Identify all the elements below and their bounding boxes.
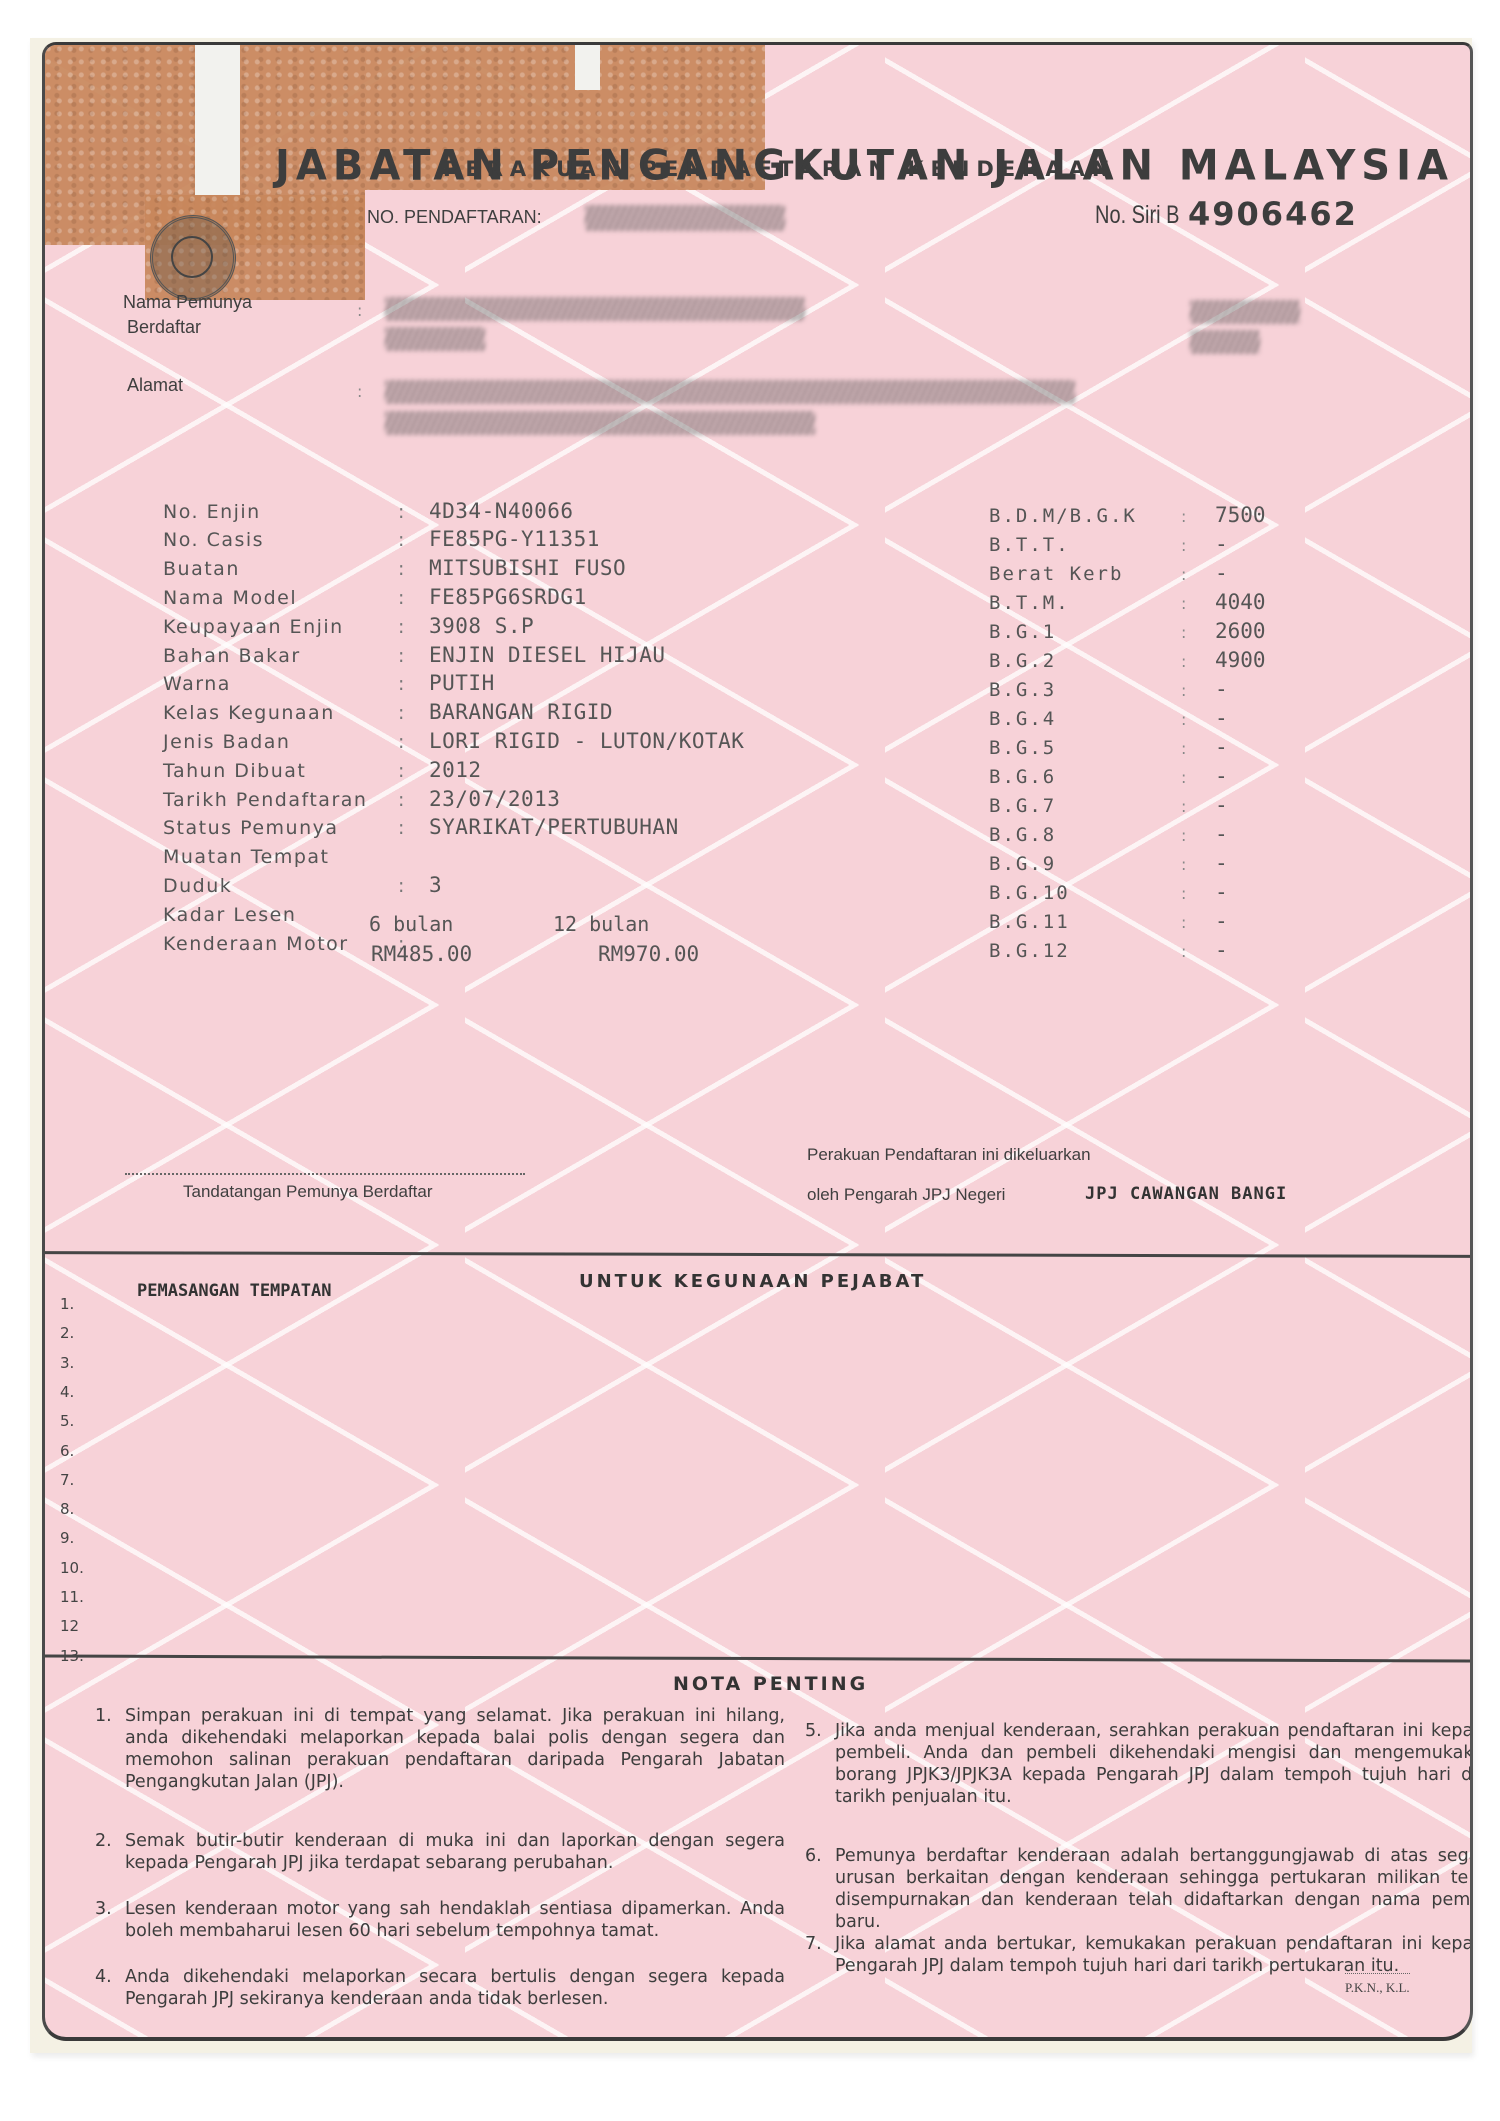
owner-name-redacted	[385, 297, 805, 321]
colon: :	[1181, 739, 1186, 758]
owner-name-label: Nama Pemunya	[123, 292, 252, 313]
registration-certificate: JABATAN PENGANGKUTAN JALAN MALAYSIA PERA…	[42, 42, 1473, 2041]
weight-field-value: -	[1215, 677, 1228, 701]
vehicle-field-value: PUTIH	[429, 671, 495, 695]
signature-line	[125, 1173, 525, 1175]
colon: :	[1181, 681, 1186, 700]
weight-field-value: 4040	[1215, 590, 1266, 614]
weight-field-label: B.G.5	[989, 737, 1056, 759]
colon: :	[398, 587, 404, 609]
vehicle-field-label: Status Pemunya	[163, 817, 339, 839]
colon: :	[398, 817, 404, 839]
colon: :	[1181, 826, 1186, 845]
vehicle-field-value: LORI RIGID - LUTON/KOTAK	[429, 729, 744, 753]
weight-field-value: 4900	[1215, 648, 1266, 672]
rate-12-months-amount: RM970.00	[598, 942, 699, 966]
colon: :	[1181, 565, 1186, 584]
section-divider	[45, 1251, 1470, 1258]
office-use-line-number: 11.	[60, 1588, 84, 1606]
vehicle-field-value: SYARIKAT/PERTUBUHAN	[429, 815, 679, 839]
owner-name-label-2: Berdaftar	[127, 317, 201, 338]
weight-field-label: B.G.4	[989, 708, 1056, 730]
colon: :	[1181, 623, 1186, 642]
weight-field-value: -	[1215, 880, 1228, 904]
office-use-line-number: 7.	[60, 1471, 74, 1489]
colon: :	[1181, 507, 1186, 526]
note-number: 4.	[95, 1966, 112, 1988]
issued-text-line-2: oleh Pengarah JPJ Negeri	[807, 1185, 1005, 1205]
weight-field-label: B.G.11	[989, 911, 1070, 933]
colon: :	[1181, 884, 1186, 903]
colon: :	[1181, 536, 1186, 555]
weight-field-label: B.G.12	[989, 940, 1070, 962]
note-item: 2.Semak butir-butir kenderaan di muka in…	[125, 1830, 785, 1874]
seal-emblem-icon	[150, 215, 236, 301]
vehicle-field-value: 23/07/2013	[429, 787, 560, 811]
weight-field-value: -	[1215, 851, 1228, 875]
weight-field-label: B.G.3	[989, 679, 1056, 701]
colon: :	[357, 301, 362, 320]
owner-id-redacted-2	[1190, 330, 1260, 354]
weight-field-label: B.G.10	[989, 882, 1070, 904]
weight-field-label: B.G.7	[989, 795, 1056, 817]
colon: :	[398, 702, 404, 724]
serial-label: No. Siri B	[1095, 201, 1179, 230]
colon: :	[398, 645, 404, 667]
vehicle-field-value: FE85PG-Y11351	[429, 527, 600, 551]
colon: :	[398, 875, 404, 897]
note-text: Pemunya berdaftar kenderaan adalah berta…	[835, 1845, 1473, 1933]
office-use-line-number: 9.	[60, 1529, 74, 1547]
note-text: Lesen kenderaan motor yang sah hendaklah…	[125, 1898, 785, 1942]
note-item: 1.Simpan perakuan ini di tempat yang sel…	[125, 1705, 785, 1793]
vehicle-field-value: 3908 S.P	[429, 614, 534, 638]
vehicle-field-value: 4D34-N40066	[429, 499, 574, 523]
office-use-line-number: 12	[60, 1617, 79, 1635]
colon: :	[398, 673, 404, 695]
colon: :	[1181, 710, 1186, 729]
weight-field-value: -	[1215, 822, 1228, 846]
note-text: Anda dikehendaki melaporkan secara bertu…	[125, 1966, 785, 2010]
vehicle-field-label: Warna	[163, 673, 231, 695]
office-use-line-number: 6.	[60, 1442, 74, 1460]
colon: :	[1181, 797, 1186, 816]
issued-text-line-1: Perakuan Pendaftaran ini dikeluarkan	[807, 1145, 1091, 1165]
note-number: 5.	[805, 1720, 822, 1742]
owner-id-redacted	[1190, 300, 1300, 324]
vehicle-field-label: Kadar Lesen	[163, 904, 296, 926]
address-redacted	[385, 380, 1075, 404]
office-use-title: UNTUK KEGUNAAN PEJABAT	[579, 1271, 926, 1292]
note-item: 3.Lesen kenderaan motor yang sah hendakl…	[125, 1898, 785, 1942]
colon: :	[1181, 594, 1186, 613]
colon: :	[1181, 652, 1186, 671]
vehicle-field-label: Buatan	[163, 558, 240, 580]
weight-field-label: B.D.M/B.G.K	[989, 505, 1137, 527]
weight-field-value: -	[1215, 793, 1228, 817]
vehicle-field-label: Tahun Dibuat	[163, 760, 306, 782]
office-use-line-number: 8.	[60, 1500, 74, 1518]
vehicle-field-label: Tarikh Pendaftaran	[163, 789, 367, 811]
weight-field-value: -	[1215, 764, 1228, 788]
note-text: Simpan perakuan ini di tempat yang selam…	[125, 1705, 785, 1793]
vehicle-field-value: MITSUBISHI FUSO	[429, 556, 626, 580]
registration-label: NO. PENDAFTARAN:	[367, 207, 542, 228]
vehicle-field-label: No. Enjin	[163, 501, 261, 523]
colon: :	[1181, 913, 1186, 932]
colon: :	[357, 382, 362, 401]
vehicle-field-label: Muatan Tempat	[163, 846, 329, 868]
office-use-line-number: 1.	[60, 1295, 74, 1313]
vehicle-field-label: Bahan Bakar	[163, 645, 301, 667]
weight-field-label: B.G.6	[989, 766, 1056, 788]
rate-12-months-label: 12 bulan	[553, 912, 649, 936]
colon: :	[398, 760, 404, 782]
rate-6-months-label: 6 bulan	[369, 912, 453, 936]
vehicle-field-value: FE85PG6SRDG1	[429, 585, 587, 609]
colon: :	[1181, 768, 1186, 787]
vehicle-field-label: Nama Model	[163, 587, 297, 609]
address-label: Alamat	[127, 375, 183, 396]
weight-field-label: Berat Kerb	[989, 563, 1123, 585]
local-install-title: PEMASANGAN TEMPATAN	[137, 1281, 331, 1301]
colon: :	[398, 789, 404, 811]
owner-signature-label: Tandatangan Pemunya Berdaftar	[183, 1182, 433, 1202]
note-item: 6.Pemunya berdaftar kenderaan adalah ber…	[835, 1845, 1473, 1933]
weight-field-label: B.T.M.	[989, 592, 1070, 614]
serial-number: 4906462	[1188, 195, 1358, 233]
printer-mark: P.K.N., K.L.	[1345, 1973, 1410, 1996]
section-divider	[45, 1655, 1470, 1663]
vehicle-field-label: Duduk	[163, 875, 232, 897]
vehicle-field-label: Keupayaan Enjin	[163, 616, 344, 638]
colon: :	[398, 731, 404, 753]
document-title: PERAKUAN PENDAFTARAN KENDERAAN	[443, 157, 1116, 181]
weight-field-value: 2600	[1215, 619, 1266, 643]
weight-field-label: B.T.T.	[989, 534, 1070, 556]
vehicle-field-value: ENJIN DIESEL HIJAU	[429, 643, 666, 667]
colon: :	[398, 501, 404, 523]
colon: :	[398, 616, 404, 638]
vehicle-field-value: 2012	[429, 758, 482, 782]
paper-tear	[195, 45, 240, 195]
weight-field-label: B.G.9	[989, 853, 1056, 875]
office-use-line-number: 4.	[60, 1383, 74, 1401]
weight-field-value: -	[1215, 706, 1228, 730]
colon: :	[1181, 942, 1186, 961]
vehicle-field-label: Kenderaan Motor	[163, 933, 349, 955]
note-item: 5.Jika anda menjual kenderaan, serahkan …	[835, 1720, 1473, 1808]
note-number: 2.	[95, 1830, 112, 1852]
vehicle-field-label: No. Casis	[163, 529, 264, 551]
rate-6-months-amount: RM485.00	[371, 942, 472, 966]
note-number: 7.	[805, 1933, 822, 1955]
note-number: 6.	[805, 1845, 822, 1867]
colon: :	[1181, 855, 1186, 874]
weight-field-label: B.G.8	[989, 824, 1056, 846]
note-item: 4.Anda dikehendaki melaporkan secara ber…	[125, 1966, 785, 2010]
office-use-line-number: 2.	[60, 1324, 74, 1342]
office-use-line-number: 5.	[60, 1412, 74, 1430]
note-number: 3.	[95, 1898, 112, 1920]
note-text: Jika alamat anda bertukar, kemukakan per…	[835, 1933, 1473, 1977]
weight-field-value: -	[1215, 561, 1228, 585]
weight-field-label: B.G.1	[989, 621, 1056, 643]
registration-number-redacted	[585, 205, 785, 231]
vehicle-field-label: Jenis Badan	[163, 731, 290, 753]
weight-field-value: 7500	[1215, 503, 1266, 527]
note-text: Jika anda menjual kenderaan, serahkan pe…	[835, 1720, 1473, 1808]
office-use-line-number: 3.	[60, 1354, 74, 1372]
note-item: 7.Jika alamat anda bertukar, kemukakan p…	[835, 1933, 1473, 1977]
weight-field-value: -	[1215, 735, 1228, 759]
colon: :	[398, 529, 404, 551]
office-use-line-number: 10.	[60, 1559, 84, 1577]
vehicle-field-value: BARANGAN RIGID	[429, 700, 613, 724]
paper-tear	[575, 45, 600, 90]
notes-title: NOTA PENTING	[673, 1673, 868, 1695]
vehicle-field-value: 3	[429, 873, 442, 897]
note-number: 1.	[95, 1705, 112, 1727]
vehicle-field-label: Kelas Kegunaan	[163, 702, 335, 724]
owner-name-redacted-2	[385, 327, 485, 351]
weight-field-label: B.G.2	[989, 650, 1056, 672]
address-redacted-2	[385, 411, 815, 435]
weight-field-value: -	[1215, 909, 1228, 933]
weight-field-value: -	[1215, 532, 1228, 556]
note-text: Semak butir-butir kenderaan di muka ini …	[125, 1830, 785, 1874]
weight-field-value: -	[1215, 938, 1228, 962]
colon: :	[398, 558, 404, 580]
issuing-office: JPJ CAWANGAN BANGI	[1085, 1184, 1287, 1204]
